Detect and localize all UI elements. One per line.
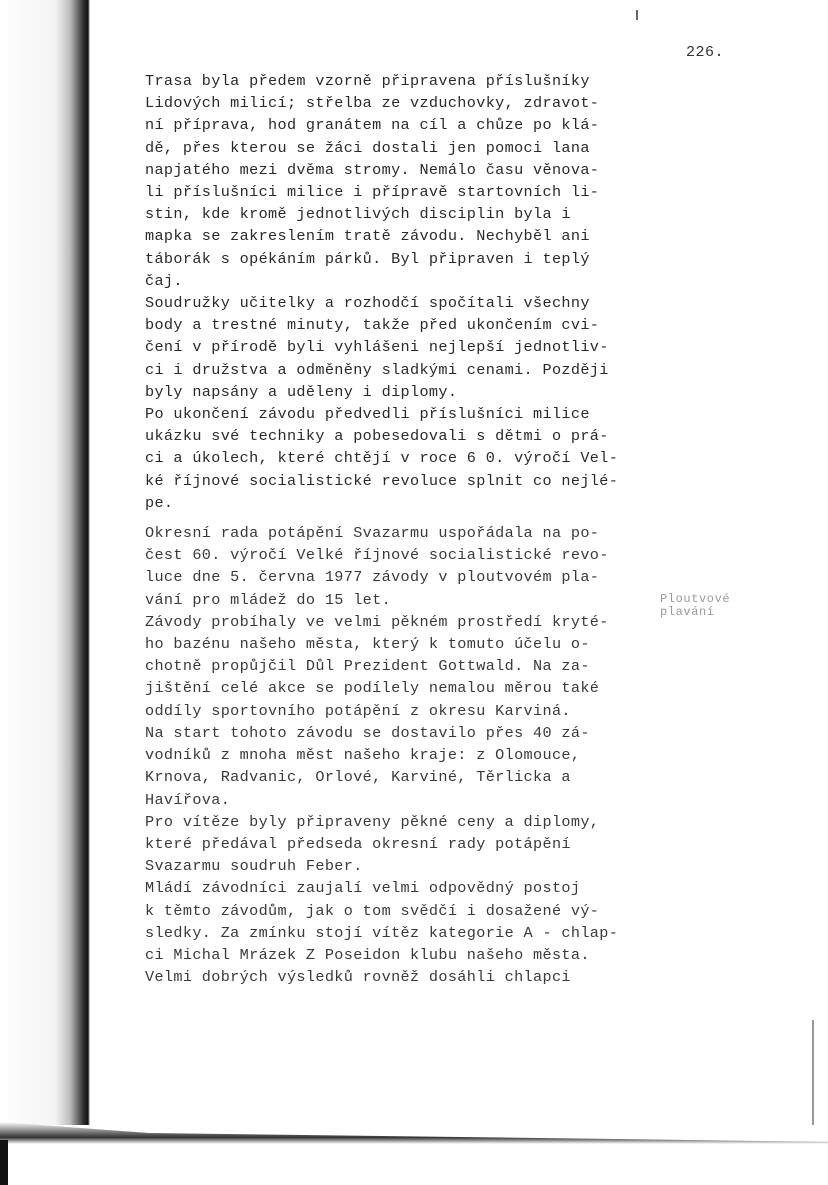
section-fin-swimming: Okresní rada potápění Svazarmu uspořádal… (145, 522, 665, 988)
text-line: ho bazénu našeho města, který k tomuto ú… (145, 633, 665, 655)
text-line: Svazarmu soudruh Feber. (145, 855, 665, 877)
text-line: luce dne 5. června 1977 závody v ploutvo… (145, 566, 665, 588)
text-line: k těmto závodům, jak o tom svědčí i dosa… (145, 900, 665, 922)
text-line: čení v přírodě byli vyhlášeni nejlepší j… (145, 336, 665, 358)
text-line: táborák s opékáním párků. Byl připraven … (145, 248, 665, 270)
typewritten-text: Trasa byla předem vzorně připravena přís… (145, 70, 665, 988)
page-number: 226. (686, 44, 724, 61)
text-line: dě, přes kterou se žáci dostali jen pomo… (145, 137, 665, 159)
text-line: pe. (145, 492, 665, 514)
text-line: ukázku své techniky a pobesedovali s dět… (145, 425, 665, 447)
text-line: čest 60. výročí Velké říjnové socialisti… (145, 544, 665, 566)
text-line: ci Michal Mrázek Z Poseidon klubu našeho… (145, 944, 665, 966)
margin-note: Ploutvovéplavání (660, 593, 730, 619)
text-line: Velmi dobrých výsledků rovněž dosáhli ch… (145, 966, 665, 988)
text-line: čaj. (145, 270, 665, 292)
text-line: vání pro mládež do 15 let. (145, 589, 665, 611)
text-line: Po ukončení závodu předvedli příslušníci… (145, 403, 665, 425)
section-militia-exercise: Trasa byla předem vzorně připravena přís… (145, 70, 665, 514)
text-line: Na start tohoto závodu se dostavilo přes… (145, 722, 665, 744)
text-line: ní příprava, hod granátem na cíl a chůze… (145, 114, 665, 136)
scan-mark (636, 10, 638, 20)
text-line: Závody probíhaly ve velmi pěkném prostře… (145, 611, 665, 633)
scan-right-edge (812, 1020, 814, 1125)
text-line: chotně propůjčil Důl Prezident Gottwald.… (145, 655, 665, 677)
scan-binding-shadow (0, 0, 90, 1185)
scan-bottom-shadow (0, 1122, 828, 1144)
paragraph: Trasa byla předem vzorně připravena přís… (145, 70, 665, 292)
text-line: Lidových milicí; střelba ze vzduchovky, … (145, 92, 665, 114)
paragraph: Okresní rada potápění Svazarmu uspořádal… (145, 522, 665, 611)
text-line: byly napsány a uděleny i diplomy. (145, 381, 665, 403)
text-line: Soudružky učitelky a rozhodčí spočítali … (145, 292, 665, 314)
text-line: jištění celé akce se podílely nemalou mě… (145, 677, 665, 699)
text-line: body a trestné minuty, takže před ukonče… (145, 314, 665, 336)
text-line: ké říjnové socialistické revoluce splnit… (145, 470, 665, 492)
paragraph: Mládí závodníci zaujalí velmi odpovědný … (145, 877, 665, 988)
text-line: mapka se zakreslením tratě závodu. Nechy… (145, 225, 665, 247)
scan-edge-artifact (0, 1140, 8, 1185)
margin-note-line: plavání (660, 606, 730, 619)
text-line: Havířova. (145, 789, 665, 811)
paragraph: Po ukončení závodu předvedli příslušníci… (145, 403, 665, 514)
text-line: Pro vítěze byly připraveny pěkné ceny a … (145, 811, 665, 833)
text-line: li příslušníci milice i přípravě startov… (145, 181, 665, 203)
paragraph: Závody probíhaly ve velmi pěkném prostře… (145, 611, 665, 722)
text-line: Krnova, Radvanic, Orlové, Karviné, Těrli… (145, 766, 665, 788)
text-line: Mládí závodníci zaujalí velmi odpovědný … (145, 877, 665, 899)
text-line: stin, kde kromě jednotlivých disciplin b… (145, 203, 665, 225)
text-line: vodníků z mnoha měst našeho kraje: z Olo… (145, 744, 665, 766)
text-line: napjatého mezi dvěma stromy. Nemálo času… (145, 159, 665, 181)
text-line: ci i družstva a odměněny sladkými cenami… (145, 359, 665, 381)
text-line: ci a úkolech, které chtějí v roce 6 0. v… (145, 447, 665, 469)
text-line: sledky. Za zmínku stojí vítěz kategorie … (145, 922, 665, 944)
paragraph: Soudružky učitelky a rozhodčí spočítali … (145, 292, 665, 403)
text-line: které předával předseda okresní rady pot… (145, 833, 665, 855)
paragraph: Pro vítěze byly připraveny pěkné ceny a … (145, 811, 665, 878)
text-line: oddíly sportovního potápění z okresu Kar… (145, 700, 665, 722)
paragraph: Na start tohoto závodu se dostavilo přes… (145, 722, 665, 811)
text-line: Trasa byla předem vzorně připravena přís… (145, 70, 665, 92)
text-line: Okresní rada potápění Svazarmu uspořádal… (145, 522, 665, 544)
